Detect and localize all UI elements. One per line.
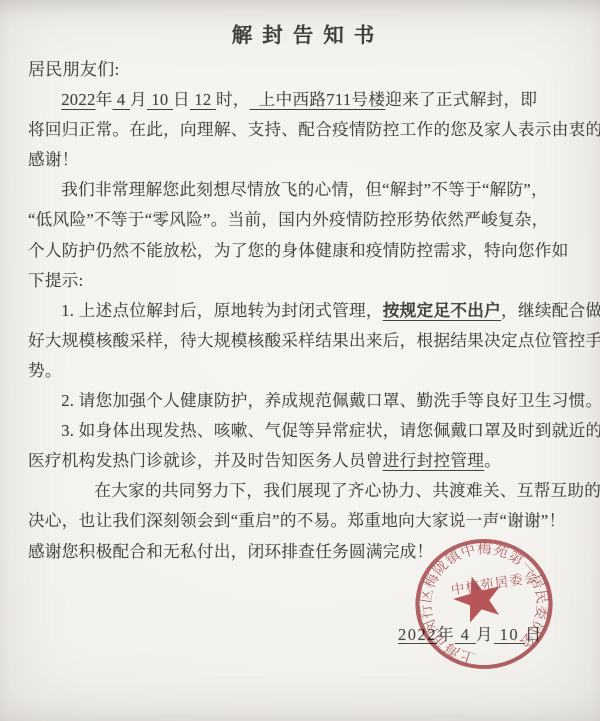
text-segment: 好大规模核酸采样，待大规模核酸采样结果出来后，根据结果决定点位管控手 [28,331,600,350]
text-segment: ，继续配合做 [501,301,600,320]
text-line: 医疗机构发热门诊就诊，并及时告知医务人员曾进行封控管理。 [28,446,578,476]
text-segment: 3. 如身体出现发热、咳嗽、气促等异常症状，请您佩戴口罩及时到就近的 [61,421,600,440]
text-line: 感谢！ [28,145,578,175]
text-line: 2022年 4 月 10 日 12 时， 上中西路711号楼迎来了正式解封，即 [28,85,578,115]
paragraphs-container: 2022年 4 月 10 日 12 时， 上中西路711号楼迎来了正式解封，即将… [28,85,578,567]
text-segment: 迎来了正式解封，即 [385,90,537,109]
text-segment: 4 [112,90,130,109]
text-line: 个人防护仍然不能放松，为了您的身体健康和疫情防控需求，特向您作如 [28,236,578,266]
text-line: “低风险”不等于“零风险”。当前，国内外疫情防控形势依然严峻复杂， [28,205,578,235]
text-line: 1. 上述点位解封后，原地转为封闭式管理，按规定足不出户，继续配合做 [28,296,578,326]
text-segment: 进行封控管理 [383,451,484,470]
document-body: 解封告知书 居民朋友们: 2022年 4 月 10 日 12 时， 上中西路71… [28,20,578,567]
text-segment: 势。 [28,361,62,380]
text-line: 下提示: [28,266,578,296]
para-reminder-intro: 我们非常理解您此刻想尽情放飞的心情，但“解封”不等于“解防”，“低风险”不等于“… [28,175,578,295]
text-segment: 按规定足不出户 [383,301,501,320]
text-segment: 决心，也让我们深刻领会到“重启”的不易。郑重地向大家说一声“谢谢”！ [28,511,565,530]
official-seal: 上海市闵行区梅陇镇中梅苑第一居民委员会 中梅苑居委会 [408,532,560,676]
text-line: 在大家的共同努力下，我们展现了齐心协力、共渡难关、互帮互助的 [28,476,578,506]
text-segment: 。 [484,451,501,470]
list-item-3: 3. 如身体出现发热、咳嗽、气促等异常症状，请您佩戴口罩及时到就近的医疗机构发热… [28,416,578,476]
text-segment: 时， [216,90,250,109]
list-item-1: 1. 上述点位解封后，原地转为封闭式管理，按规定足不出户，继续配合做好大规模核酸… [28,296,578,386]
text-line: 2. 请您加强个人健康防护，养成规范佩戴口罩、勤洗手等良好卫生习惯。 [28,386,578,416]
text-segment: 感谢您积极配合和无私付出，闭环排查任务圆满完成！ [28,542,433,561]
text-segment: 感谢！ [28,150,79,169]
seal-rotated-group: 上海市闵行区梅陇镇中梅苑第一居民委员会 [408,532,560,676]
text-segment: 月 [130,90,147,109]
text-line: 势。 [28,356,578,386]
text-segment: 2022 [61,90,95,109]
text-segment: 10 [147,90,173,109]
text-segment: 医疗机构发热门诊就诊，并及时告知医务人员曾 [28,451,383,470]
text-line: 我们非常理解您此刻想尽情放飞的心情，但“解封”不等于“解防”， [28,175,578,205]
text-segment: 年 [96,90,113,109]
text-segment: 12 [190,90,216,109]
notice-document-photo: 解封告知书 居民朋友们: 2022年 4 月 10 日 12 时， 上中西路71… [0,0,600,721]
text-line: 将回归正常。在此，向理解、支持、配合疫情防控工作的您及家人表示由衷的 [28,115,578,145]
list-item-2: 2. 请您加强个人健康防护，养成规范佩戴口罩、勤洗手等良好卫生习惯。 [28,386,578,416]
text-segment: 将回归正常。在此，向理解、支持、配合疫情防控工作的您及家人表示由衷的 [28,120,600,139]
text-line: 3. 如身体出现发热、咳嗽、气促等异常症状，请您佩戴口罩及时到就近的 [28,416,578,446]
text-segment: 在大家的共同努力下，我们展现了齐心协力、共渡难关、互帮互助的 [94,481,600,500]
text-segment: 我们非常理解您此刻想尽情放飞的心情，但“解封”不等于“解防”， [61,180,548,199]
document-title: 解封告知书 [28,20,578,52]
para-opening: 2022年 4 月 10 日 12 时， 上中西路711号楼迎来了正式解封，即将… [28,85,578,175]
text-line: 好大规模核酸采样，待大规模核酸采样结果出来后，根据结果决定点位管控手 [28,326,578,356]
text-segment: 下提示: [28,271,84,290]
text-segment: 上中西路711号楼 [250,90,385,109]
text-segment: 1. 上述点位解封后，原地转为封闭式管理， [61,301,383,320]
text-segment: 个人防护仍然不能放松，为了您的身体健康和疫情防控需求，特向您作如 [28,241,569,260]
text-segment: 日 [173,90,190,109]
text-segment: 2. 请您加强个人健康防护，养成规范佩戴口罩、勤洗手等良好卫生习惯。 [61,391,600,410]
salutation: 居民朋友们: [28,55,578,85]
text-segment: “低风险”不等于“零风险”。当前，国内外疫情防控形势依然严峻复杂， [28,210,549,229]
